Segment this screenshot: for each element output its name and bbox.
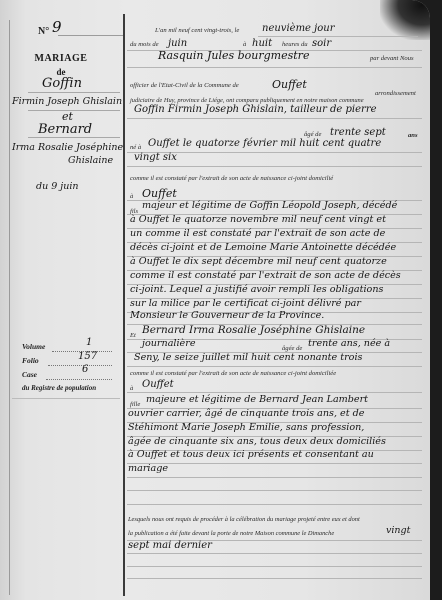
groom-age-unit: ans	[408, 132, 418, 139]
act-number-line	[58, 35, 124, 36]
rule	[127, 504, 422, 505]
rule	[28, 110, 120, 111]
groom-domicile-handwritten: Ouffet	[142, 187, 177, 200]
bride-domicile-handwritten: Ouffet	[142, 379, 174, 390]
rule	[12, 398, 120, 399]
bride-surname: Bernard	[38, 122, 92, 137]
groom-parents-line: décès ci-joint et de Lemoine Marie Antoi…	[130, 242, 396, 253]
bride-age-handwritten: trente ans, née à	[308, 338, 390, 349]
folio-dots	[48, 364, 112, 366]
rule	[127, 392, 422, 393]
volume-value: 1	[86, 337, 92, 348]
bride-parents-line: ouvrier carrier, âgé de cinquante trois …	[128, 408, 364, 419]
margin-date-note: du 9 juin	[36, 181, 79, 192]
groom-born-handwritten-2: vingt six	[134, 152, 177, 163]
groom-age-handwritten: trente sept	[330, 127, 386, 138]
groom-parents-line: majeur et légitime de Goffin Léopold Jos…	[142, 200, 397, 211]
rule	[127, 553, 422, 554]
groom-handwritten: Goffin Firmin Joseph Ghislain, tailleur …	[134, 104, 377, 115]
groom-parents-line: sur la milice par le certificat ci-joint…	[130, 298, 361, 309]
groom-age-printed: âgé de	[304, 131, 321, 138]
bride-age-printed: âgée de	[282, 345, 302, 352]
case-dots	[46, 378, 112, 380]
act-number-value: 9	[52, 18, 62, 36]
groom-parents-line: à Ouffet le quatorze novembre mil neuf c…	[130, 214, 386, 225]
rule	[127, 566, 422, 567]
registre-label: du Registre de population	[22, 384, 96, 392]
bride-et-printed: Et	[130, 332, 136, 339]
officer-printed: officier de l'Etat-Civil de la Commune d…	[130, 82, 239, 89]
groom-constat-printed: comme il est constaté par l'extrait de s…	[130, 175, 333, 182]
time-handwritten: soir	[312, 38, 331, 49]
judiciaire-printed: judiciaire de Huy, province de Liége, on…	[130, 97, 364, 104]
closing-handwritten-2: sept mai dernier	[128, 540, 212, 551]
rule	[127, 118, 422, 119]
commune-handwritten: Ouffet	[272, 78, 307, 91]
par-devant-printed: par devant Nous	[370, 55, 414, 62]
case-value: 6	[82, 364, 88, 375]
bride-handwritten: Bernard Irma Rosalie Joséphine Ghislaine	[142, 324, 365, 336]
groom-parents-line: Monsieur le Gouverneur de la Province.	[130, 310, 324, 321]
groom-domicile-printed: à	[130, 193, 133, 200]
bride-parents-printed: fille	[130, 401, 140, 408]
groom-parents-line: un comme il est constaté par l'extrait d…	[130, 228, 385, 239]
bride-parents-line: âgée de cinquante six ans, tous deux deu…	[128, 436, 386, 447]
rule	[28, 92, 120, 93]
rule	[127, 366, 422, 367]
groom-given-names: Firmin Joseph Ghislain	[12, 96, 122, 107]
rule	[127, 490, 422, 491]
rule	[28, 137, 120, 138]
groom-born-printed: né à	[130, 144, 141, 151]
bride-born-handwritten: Seny, le seize juillet mil huit cent non…	[134, 352, 362, 363]
rule	[127, 166, 422, 167]
act-number-label: N°	[38, 26, 49, 37]
month-printed: du mois de	[130, 41, 159, 48]
bride-parents-line: majeure et légitime de Bernard Jean Lamb…	[146, 394, 368, 405]
register-page: N° 9 MARIAGE de Goffin Firmin Joseph Ghi…	[0, 0, 430, 600]
column-divider	[123, 14, 125, 596]
arrondissement-printed: arrondissement	[375, 90, 416, 97]
month-handwritten: juin	[168, 38, 187, 49]
bride-domicile-printed: à	[130, 385, 133, 392]
folio-label: Folio	[22, 356, 39, 365]
rule	[127, 463, 422, 464]
day-handwritten: neuvième jour	[262, 23, 335, 34]
bride-given-names-1: Irma Rosalie Joséphine	[12, 142, 123, 153]
hour-a-printed: à	[243, 41, 246, 48]
groom-surname: Goffin	[42, 76, 82, 91]
bride-parents-line: mariage	[128, 463, 168, 474]
page-corner-shadow	[380, 0, 430, 40]
folio-value: 157	[78, 351, 97, 362]
bride-parents-line: Stéhimont Marie Joseph Emilie, sans prof…	[128, 422, 364, 433]
margin-title: MARIAGE	[0, 53, 122, 64]
groom-parents-line: comme il est constaté par l'extrait de s…	[130, 270, 401, 281]
groom-born-handwritten-1: Ouffet le quatorze février mil huit cent…	[148, 138, 381, 149]
closing-printed-2: la publication a été faite devant la por…	[128, 530, 334, 537]
closing-printed-1: Lesquels nous ont requis de procéder à l…	[128, 516, 360, 523]
hours-printed: heures du	[282, 41, 308, 48]
opening-printed: L'an mil neuf cent vingt-trois, le	[155, 27, 239, 34]
hour-handwritten: huit	[252, 38, 272, 49]
groom-parents-line: ci-joint. Lequel a justifié avoir rempli…	[130, 284, 383, 295]
rule	[127, 477, 422, 478]
groom-parents-line: à Ouffet le dix sept décembre mil neuf c…	[130, 256, 387, 267]
rule	[127, 67, 422, 68]
bride-occupation-handwritten: journalière	[142, 338, 196, 349]
bride-constat-printed: comme il est constaté par l'extrait de s…	[130, 370, 336, 377]
case-label: Case	[22, 370, 37, 379]
rule	[127, 578, 422, 579]
bride-given-names-2: Ghislaine	[68, 155, 113, 166]
closing-handwritten-1: vingt	[386, 525, 410, 536]
bride-parents-line: à Ouffet et tous deux ici présents et co…	[128, 449, 374, 460]
volume-label: Volume	[22, 342, 45, 351]
officer-handwritten: Rasquin Jules bourgmestre	[158, 49, 309, 62]
rule	[258, 36, 418, 37]
